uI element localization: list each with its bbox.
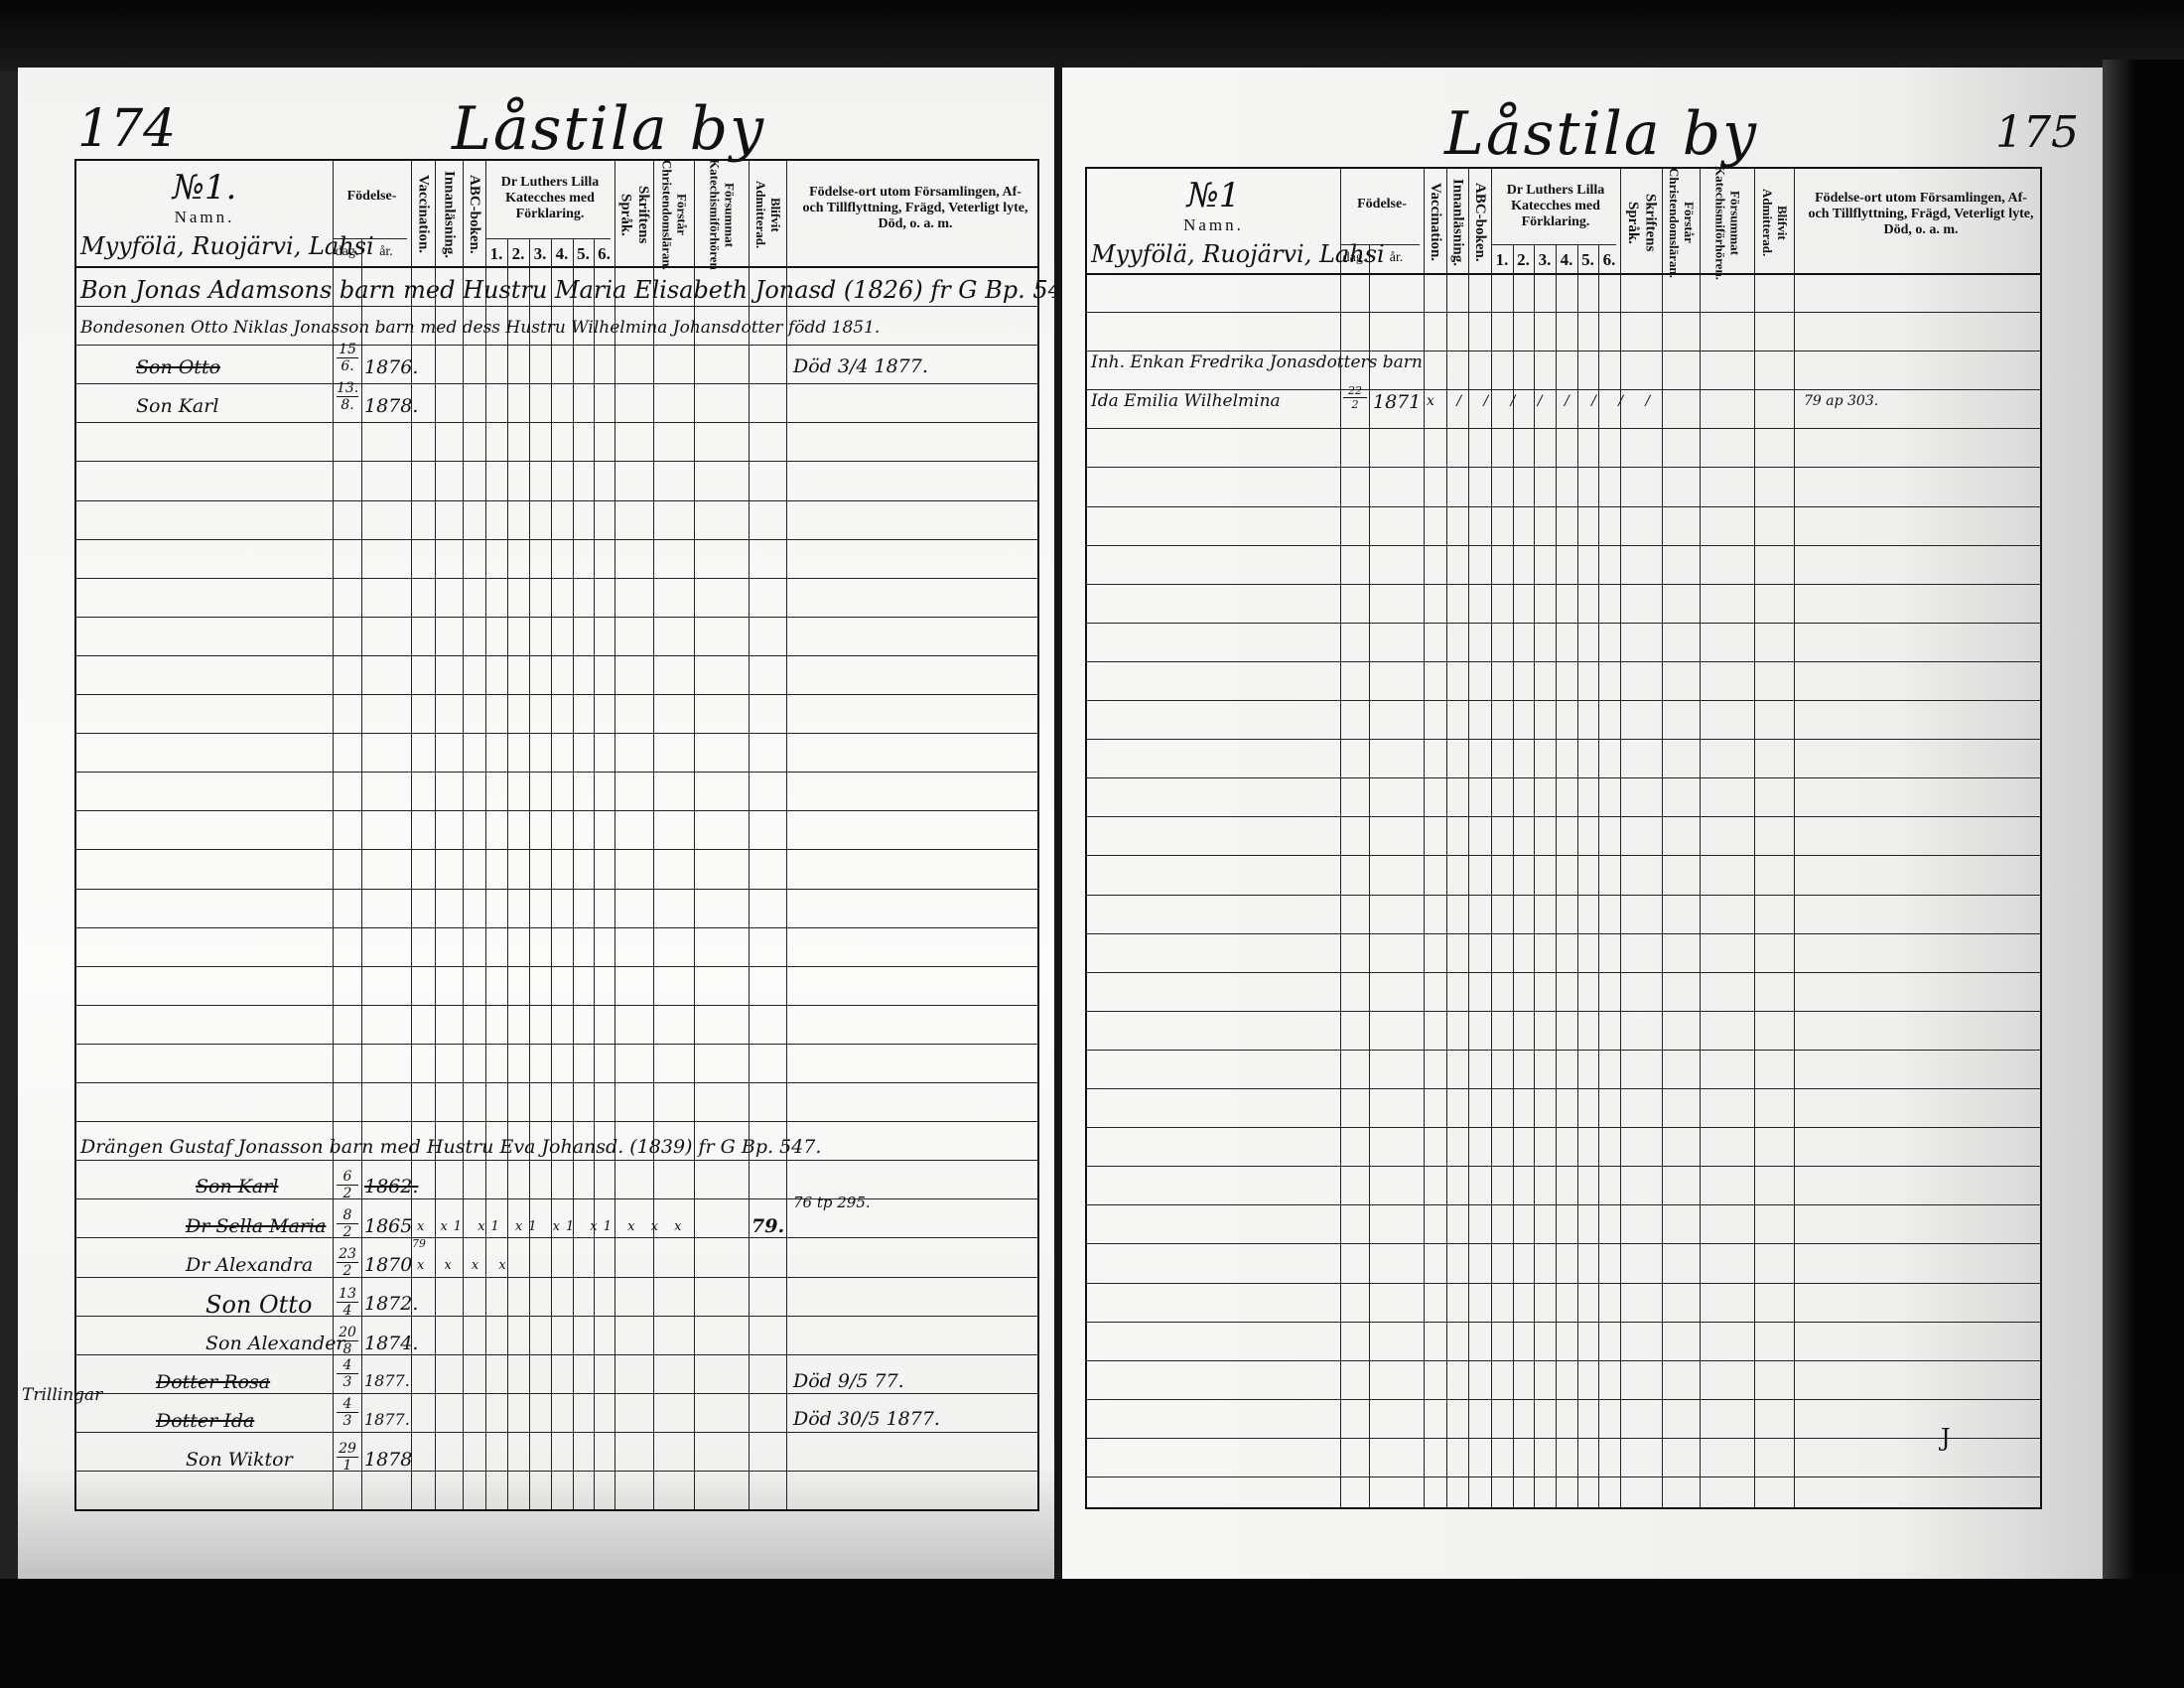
vaccination-header: Vaccination. [1424, 173, 1446, 272]
row-rule [1087, 855, 2040, 856]
cat-col-1: 1. [1491, 250, 1513, 270]
row-rule [1087, 661, 2040, 662]
catechism-header: Dr Luthers Lilla Katecches med Förklarin… [1491, 183, 1620, 230]
scan-border-bottom [0, 1579, 2184, 1688]
row-rule [76, 1198, 1037, 1199]
col-divider [1598, 244, 1599, 1507]
entry-birth-year: 1878. [364, 395, 418, 417]
row-rule [1087, 895, 2040, 896]
row-rule [76, 539, 1037, 540]
row-rule [76, 422, 1037, 423]
row-rule [1087, 1243, 2040, 1244]
entry-remark: 79 ap 303. [1804, 393, 1878, 409]
fodelseort-header: Födelse-ort utom Församlingen, Af- och T… [1807, 191, 2035, 238]
col-divider [361, 238, 362, 1509]
col-divider [614, 161, 615, 1509]
row-rule [1087, 777, 2040, 778]
col-divider [1369, 244, 1370, 1507]
row-rule [76, 461, 1037, 462]
row-rule [1087, 1477, 2040, 1477]
entry-remark: 76 tp 295. [793, 1194, 871, 1211]
col-divider [1620, 169, 1621, 1507]
col-divider [1577, 244, 1578, 1507]
scan-border-left [0, 60, 18, 1688]
row-rule [76, 849, 1037, 850]
cat-col-1: 1. [485, 244, 507, 264]
col-divider [1491, 169, 1492, 1507]
col-divider [333, 161, 334, 1509]
entry-exam-marks: x x x x [417, 1258, 514, 1273]
forsummat-header: Försummat Katechismiförhören. [1700, 173, 1754, 272]
entry-birth-day: 43 [337, 1358, 358, 1389]
cat-col-5: 5. [1577, 250, 1598, 270]
innanlasning-header: Innanläsning. [435, 165, 463, 264]
scan-border-top [0, 0, 2184, 71]
row-rule [1087, 506, 2040, 507]
row-rule [1087, 1127, 2040, 1128]
entry-name: Son Otto [136, 356, 220, 378]
catechism-subrule [1491, 244, 1616, 245]
entry-household-head: Inh. Enkan Fredrika Jonasdotters barn [1091, 352, 1423, 372]
entry-exam-marks: x / / / / / / / / [1427, 393, 1659, 409]
margin-note-79: 79 [412, 1237, 426, 1250]
row-rule [76, 578, 1037, 579]
col-divider [573, 238, 574, 1509]
row-rule [1087, 816, 2040, 817]
entry-birth-year: 1871 [1373, 391, 1421, 413]
scan-border-right [2103, 60, 2184, 1688]
namn-label: Namn. [1087, 215, 1340, 235]
col-divider [507, 238, 508, 1509]
entry-birth-year: 1877. [364, 1371, 410, 1390]
header-bottom-rule [76, 266, 1037, 268]
row-rule [76, 1005, 1037, 1006]
entry-name: Son Wiktor [186, 1449, 293, 1471]
entry-birth-day: 82 [337, 1208, 358, 1239]
forstar-header: Förstår Christendomsläran. [653, 165, 694, 264]
col-divider [749, 161, 750, 1509]
col-divider [1556, 244, 1557, 1507]
row-rule [1087, 1438, 2040, 1439]
blifvit-header: Blifvit Admitterad. [1754, 173, 1794, 272]
entry-household-head: Bon Jonas Adamsons barn med Hustru Maria… [80, 276, 1086, 304]
cat-col-5: 5. [573, 244, 594, 264]
row-rule [76, 1471, 1037, 1472]
entry-name: Son Otto [205, 1291, 312, 1319]
col-divider [463, 161, 464, 1509]
entry-birth-day: 43 [337, 1397, 358, 1428]
col-divider [786, 161, 787, 1509]
row-rule [1087, 467, 2040, 468]
cat-col-4: 4. [1556, 250, 1577, 270]
left-register-table: №1. Namn. Myyfölä, Ruojärvi, Lahsi Födel… [74, 159, 1039, 1511]
entry-remark: Död 9/5 77. [793, 1370, 904, 1392]
entry-birth-year: 1877. [364, 1410, 410, 1429]
row-rule [1087, 623, 2040, 624]
entry-birth-year: 1870 [364, 1254, 412, 1276]
row-rule [1087, 1360, 2040, 1361]
cat-col-6: 6. [1598, 250, 1620, 270]
col-divider [1794, 169, 1795, 1507]
row-rule [1087, 1204, 2040, 1205]
row-rule [76, 1277, 1037, 1278]
entry-name: Dr Sella Maria [186, 1215, 326, 1237]
row-rule [76, 1082, 1037, 1083]
row-rule [76, 1044, 1037, 1045]
row-rule [1087, 1283, 2040, 1284]
row-rule [76, 1237, 1037, 1238]
col-divider [1446, 169, 1447, 1507]
col-divider [653, 161, 654, 1509]
entry-birth-year: 1876. [364, 356, 418, 378]
entry-birth-day: 156. [337, 343, 358, 373]
entry-birth-year: 1878 [364, 1449, 412, 1471]
stray-mark: J [1941, 1424, 1951, 1452]
row-rule [76, 655, 1037, 656]
cat-col-3: 3. [529, 244, 551, 264]
row-rule [1087, 545, 2040, 546]
abc-header: ABC-boken. [463, 165, 485, 264]
col-divider [529, 238, 530, 1509]
household-number: №1. [76, 169, 333, 208]
vaccination-header: Vaccination. [411, 165, 435, 264]
fodelse-header: Födelse- [1340, 197, 1424, 212]
entry-name: Son Karl [196, 1176, 278, 1197]
col-divider [1754, 169, 1755, 1507]
household-number: №1 [1087, 177, 1340, 215]
innanlasning-header: Innanläsning. [1446, 173, 1468, 272]
col-divider [694, 161, 695, 1509]
row-rule [76, 306, 1037, 307]
col-divider [1513, 244, 1514, 1507]
entry-name: Dotter Ida [156, 1410, 254, 1432]
col-divider [1468, 169, 1469, 1507]
entry-birth-day: 232 [337, 1247, 358, 1278]
entry-remark: Död 3/4 1877. [793, 355, 928, 377]
abc-header: ABC-boken. [1468, 173, 1491, 272]
row-rule [76, 345, 1037, 346]
row-rule [1087, 972, 2040, 973]
entry-remark: Död 30/5 1877. [793, 1408, 940, 1430]
row-rule [76, 383, 1037, 384]
entry-exam-marks: x x1 x1 x1 x1 x1 x x x [417, 1219, 687, 1234]
row-rule [76, 733, 1037, 734]
row-rule [76, 1160, 1037, 1161]
entry-name: Son Alexander [205, 1333, 345, 1354]
cat-col-2: 2. [507, 244, 529, 264]
forstar-header: Förstår Christendomsläran. [1662, 173, 1700, 272]
dag-header: dag. [333, 244, 361, 260]
col-divider [594, 238, 595, 1509]
entry-birth-year: 1862. [364, 1176, 418, 1197]
fodelse-header: Födelse- [333, 189, 411, 205]
entry-household-head: Bondesonen Otto Niklas Jonasson barn med… [80, 318, 880, 338]
entry-birth-day: 13.8. [337, 381, 358, 412]
cat-col-6: 6. [594, 244, 614, 264]
catechism-subrule [485, 238, 611, 239]
ar-header: år. [361, 244, 411, 260]
col-divider [1700, 169, 1701, 1507]
fodelseort-header: Födelse-ort utom Församlingen, Af- och T… [801, 185, 1029, 232]
row-rule [76, 889, 1037, 890]
row-rule [1087, 1011, 2040, 1012]
entry-birth-day: 134 [337, 1287, 358, 1318]
row-rule [76, 1432, 1037, 1433]
row-rule [1087, 739, 2040, 740]
namn-header: №1. Namn. [76, 169, 333, 227]
entry-birth-year: 1874. [364, 1333, 418, 1354]
entry-name: Son Karl [136, 395, 218, 417]
right-register-table: №1 Namn. Myyfölä, Ruojärvi, Lahsi Födels… [1085, 167, 2042, 1509]
forsummat-header: Försummat Katechismiförhören [694, 165, 749, 264]
left-village-title: Låstila by [452, 94, 765, 164]
blifvit-header: Blifvit Admitterad. [749, 165, 786, 264]
right-page-number: 175 [1995, 107, 2079, 158]
entry-birth-day: 208 [337, 1326, 358, 1356]
col-divider [1662, 169, 1663, 1507]
row-rule [1087, 700, 2040, 701]
row-rule [76, 927, 1037, 928]
row-rule [1087, 933, 2040, 934]
ar-header: år. [1369, 250, 1424, 266]
row-rule [76, 772, 1037, 773]
row-rule [1087, 1166, 2040, 1167]
entry-birth-day: 62 [337, 1170, 358, 1200]
row-rule [76, 1121, 1037, 1122]
row-rule [76, 617, 1037, 618]
skriftens-header: Skriftens Språk. [1620, 173, 1662, 272]
catechism-header: Dr Luthers Lilla Katecches med Förklarin… [485, 175, 614, 222]
row-rule [1087, 312, 2040, 313]
row-rule [76, 694, 1037, 695]
row-rule [1087, 428, 2040, 429]
entry-birth-year: 1872. [364, 1293, 418, 1315]
skriftens-header: Skriftens Språk. [614, 165, 653, 264]
entry-name: Dr Alexandra [186, 1254, 313, 1276]
row-rule [1087, 1088, 2040, 1089]
entry-name: Ida Emilia Wilhelmina [1091, 391, 1281, 411]
cat-col-2: 2. [1513, 250, 1534, 270]
entry-admitted: 79. [751, 1215, 784, 1237]
entry-birth-day: 222 [1343, 385, 1367, 410]
household-place: Myyfölä, Ruojärvi, Lahsi [80, 232, 374, 260]
cat-col-4: 4. [551, 244, 573, 264]
entry-birth-day: 291 [337, 1442, 358, 1473]
margin-note-trillingar: Trillingar [22, 1385, 102, 1405]
cat-col-3: 3. [1534, 250, 1556, 270]
row-rule [1087, 1322, 2040, 1323]
entry-name: Dotter Rosa [156, 1371, 270, 1393]
left-page-number: 174 [77, 99, 176, 159]
namn-header: №1 Namn. [1087, 177, 1340, 235]
row-rule [76, 810, 1037, 811]
header-bottom-rule [1087, 273, 2040, 275]
entry-household-head: Drängen Gustaf Jonasson barn med Hustru … [80, 1136, 821, 1158]
row-rule [76, 966, 1037, 967]
col-divider [1424, 169, 1425, 1507]
entry-birth-year: 1865 [364, 1215, 412, 1237]
right-village-title: Låstila by [1444, 99, 1758, 169]
col-divider [485, 161, 486, 1509]
row-rule [1087, 584, 2040, 585]
namn-label: Namn. [76, 208, 333, 227]
row-rule [1087, 1050, 2040, 1051]
row-rule [1087, 351, 2040, 352]
dag-header: dag. [1340, 250, 1369, 266]
col-divider [1534, 244, 1535, 1507]
col-divider [551, 238, 552, 1509]
row-rule [76, 500, 1037, 501]
col-divider [435, 161, 436, 1509]
row-rule [1087, 1399, 2040, 1400]
